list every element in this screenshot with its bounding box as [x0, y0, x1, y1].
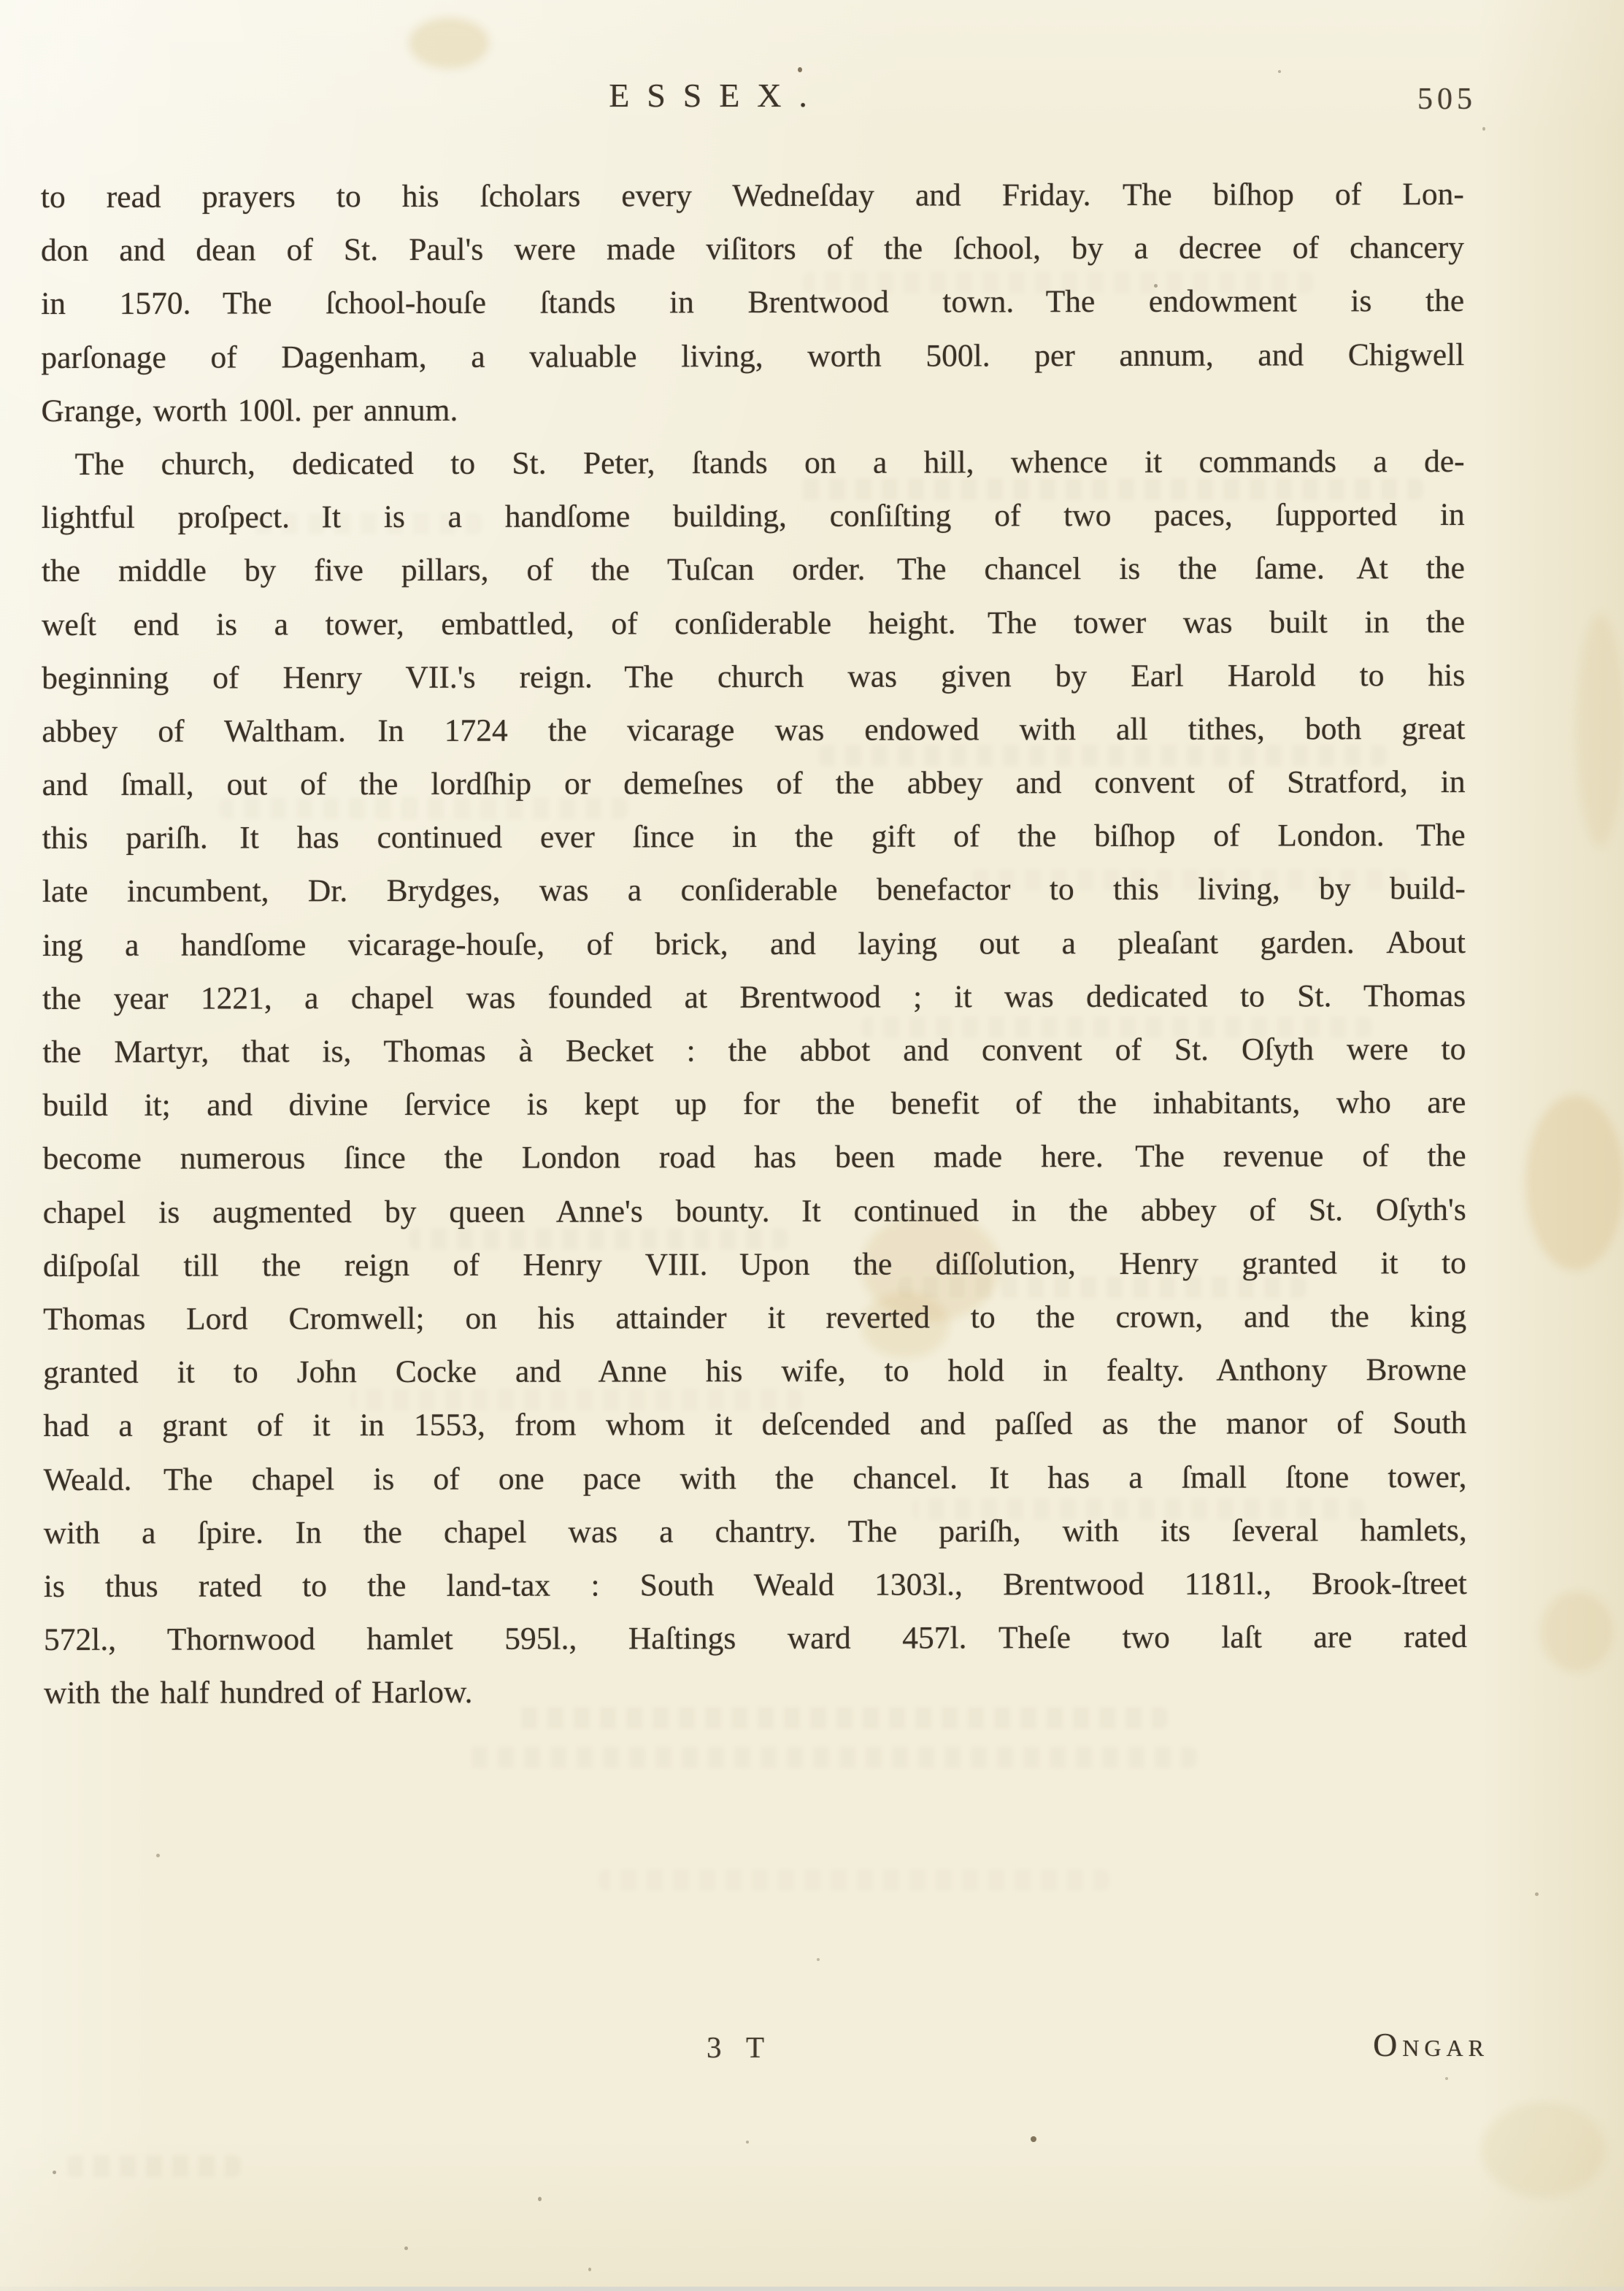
text-line: lightful proſpect. It is a handſome buil…	[42, 488, 1465, 545]
text-line: granted it to John Cocke and Anne his wi…	[43, 1343, 1466, 1400]
text-line: late incumbent, Dr. Brydges, was a conſi…	[42, 862, 1466, 918]
paper-stain	[409, 18, 489, 69]
text-line: this pariſh. It has continued ever ſince…	[42, 809, 1466, 865]
text-line: become numerous ſince the London road ha…	[43, 1129, 1466, 1186]
paper-speck	[538, 2197, 542, 2201]
text-line: abbey of Waltham. In 1724 the vicarage w…	[42, 702, 1465, 759]
bleedthrough-artifact	[66, 2155, 241, 2177]
page-number: 505	[1417, 82, 1477, 117]
text-line: and ſmall, out of the lordſhip or demeſn…	[42, 756, 1465, 812]
bleedthrough-artifact	[467, 1746, 1197, 1768]
text-line: 572l., Thornwood hamlet 595l., Haſtings …	[44, 1611, 1467, 1667]
signature-mark: 3 T	[707, 2030, 773, 2065]
text-line: don and dean of St. Paul's were made viſ…	[41, 221, 1464, 277]
text-line: with the half hundred of Harlow.	[44, 1664, 1467, 1720]
text-line: had a grant of it in 1553, from whom it …	[43, 1397, 1466, 1453]
catchword: Ongar	[1321, 2025, 1489, 2064]
paper-speck	[1482, 127, 1485, 131]
paper-speck	[798, 67, 802, 72]
text-line: the middle by five pillars, of the Tuſca…	[42, 542, 1465, 598]
book-page-scan: ESSEX. 505 to read prayers to his ſchola…	[0, 0, 1624, 2291]
paper-stain	[1540, 1592, 1613, 1672]
text-line: to read prayers to his ſcholars every We…	[41, 168, 1464, 224]
paper-speck	[746, 2141, 749, 2144]
text-line: ing a handſome vicarage-houſe, of brick,…	[42, 916, 1466, 972]
text-line: the Martyr, that is, Thomas à Becket : t…	[42, 1023, 1466, 1079]
running-header: ESSEX.	[0, 76, 1433, 115]
text-line: with a ſpire. In the chapel was a chantr…	[44, 1504, 1467, 1560]
text-line: Thomas Lord Cromwell; on his attainder i…	[43, 1290, 1466, 1346]
text-line: build it; and divine ſervice is kept up …	[42, 1076, 1466, 1132]
body-text: to read prayers to his ſcholars every We…	[41, 168, 1467, 1721]
text-line: diſpoſal till the reign of Henry VIII. U…	[43, 1237, 1466, 1293]
paper-speck	[156, 1854, 160, 1857]
text-line: The church, dedicated to St. Peter, ſtan…	[42, 435, 1465, 491]
text-line: Grange, worth 100l. per annum.	[41, 382, 1464, 438]
paper-speck	[1031, 2136, 1036, 2142]
paper-speck	[1445, 2077, 1448, 2080]
text-line: chapel is augmented by queen Anne's boun…	[43, 1183, 1466, 1240]
paper-speck	[588, 2268, 591, 2271]
paper-stain	[1482, 2103, 1606, 2198]
text-line: weſt end is a tower, embattled, of conſi…	[42, 595, 1465, 651]
paper-speck	[1535, 1892, 1539, 1896]
paper-stain	[1525, 1095, 1624, 1270]
paper-speck	[817, 1958, 820, 1961]
text-line: Weald. The chapel is of one pace with th…	[43, 1450, 1466, 1506]
text-line: in 1570. The ſchool-houſe ſtands in Bren…	[41, 275, 1464, 331]
bleedthrough-artifact	[599, 1869, 1109, 1891]
paper-stain	[1577, 613, 1624, 847]
scan-edge-artifact	[0, 2287, 1624, 2291]
text-line: beginning of Henry VII.'s reign. The chu…	[42, 649, 1465, 705]
paper-speck	[1278, 70, 1281, 73]
text-line: the year 1221, a chapel was founded at B…	[42, 970, 1466, 1026]
paper-speck	[53, 2171, 56, 2174]
text-line: is thus rated to the land-tax : South We…	[44, 1557, 1467, 1613]
text-line: parſonage of Dagenham, a valuable living…	[41, 329, 1464, 385]
paper-speck	[404, 2246, 408, 2250]
